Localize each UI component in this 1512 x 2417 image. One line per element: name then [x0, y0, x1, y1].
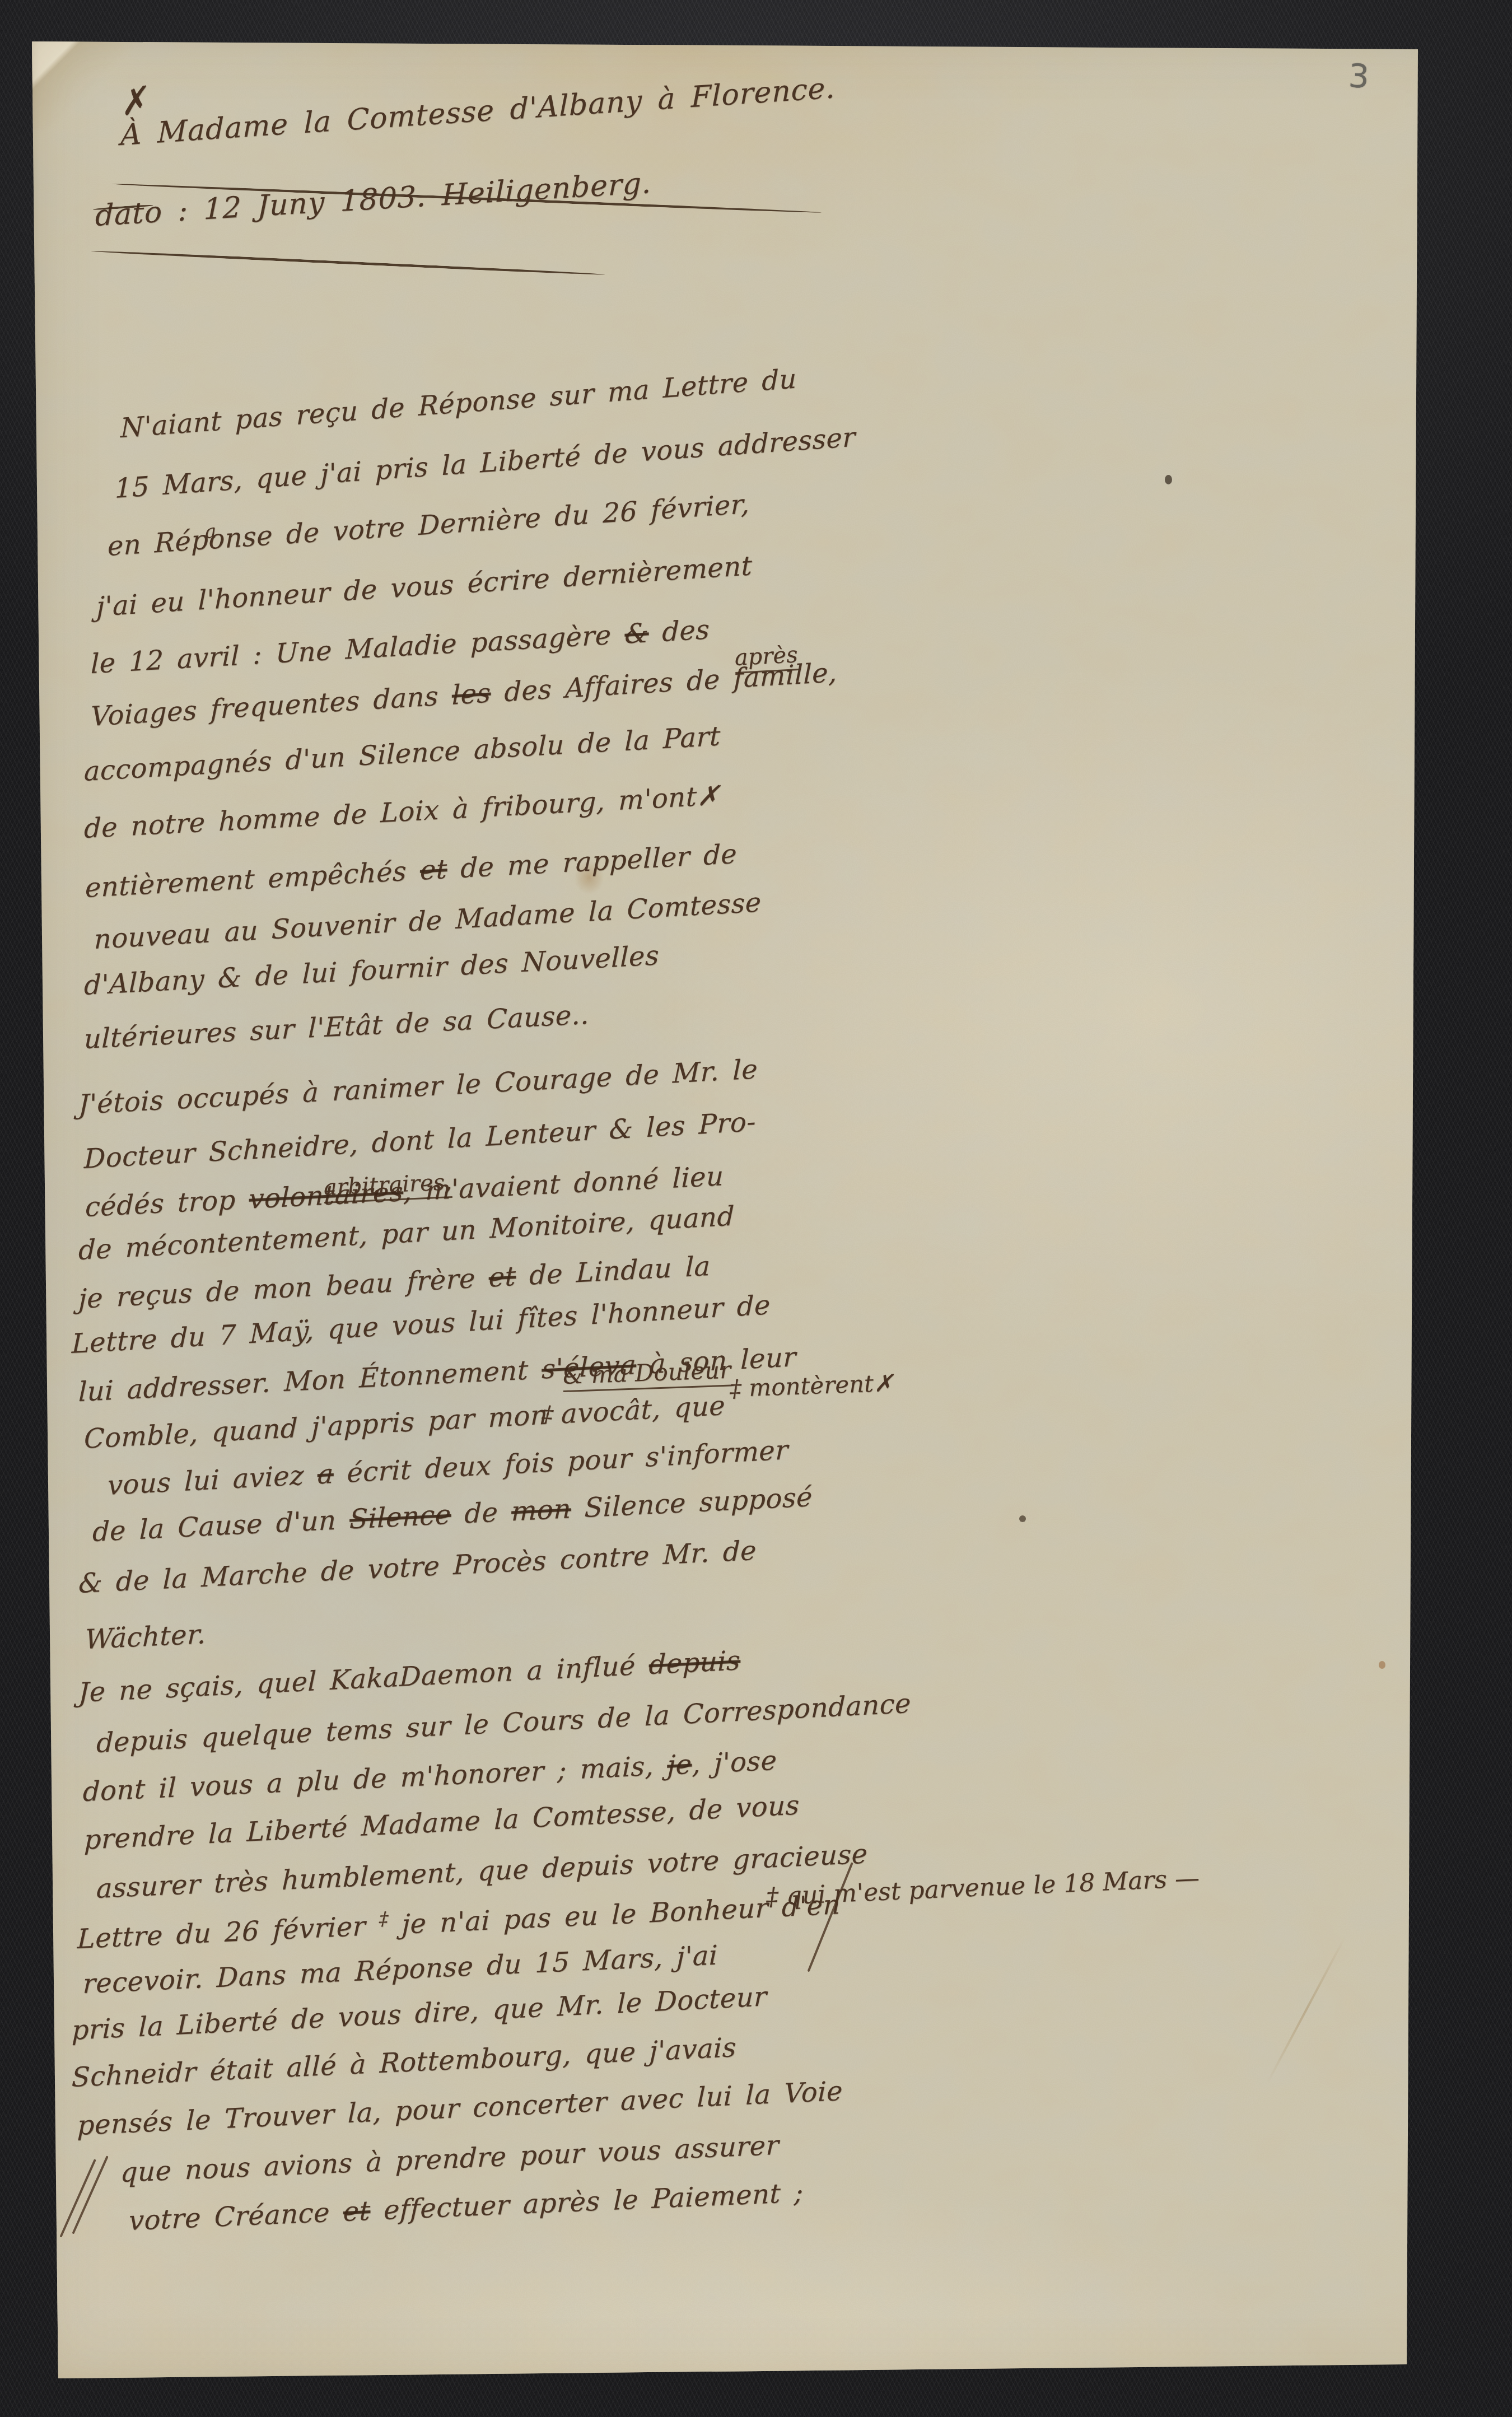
line-text: des	[648, 614, 710, 648]
struck-text: Silence	[349, 1499, 452, 1536]
dagger-reference-mark: ‡	[542, 1401, 554, 1427]
interlinear-insertion-arbitraires: arbitraires,	[323, 1169, 452, 1203]
struck-text: je	[667, 1749, 693, 1781]
line-text: Wächter.	[85, 1618, 206, 1655]
struck-text: et	[343, 2195, 371, 2228]
struck-text: a	[317, 1458, 334, 1491]
manuscript-photo: 3 ✗ À Madame la Comtesse d'Albany à Flor…	[0, 0, 1512, 2417]
struck-text: et	[488, 1261, 516, 1294]
manuscript-line: Wächter.	[85, 1618, 206, 1655]
struck-text: et	[419, 853, 447, 886]
interlinear-insertion-a: a	[204, 520, 217, 543]
interlinear-insertion-apres: après	[734, 642, 799, 674]
interlinear-insertion-ma-douleur: & ma Douleur	[562, 1356, 731, 1392]
struck-text: depuis	[648, 1645, 741, 1681]
struck-text: les	[452, 677, 491, 711]
struck-text: mon	[511, 1493, 572, 1527]
line-text: ‡	[379, 1908, 389, 1930]
line-text: , j'ose	[692, 1745, 777, 1780]
folio-page-number: 3	[1347, 57, 1370, 96]
struck-text: &	[624, 617, 649, 650]
line-text: de	[451, 1496, 512, 1530]
paper-sheet: 3 ✗ À Madame la Comtesse d'Albany à Flor…	[0, 0, 1512, 2417]
margin-note-monterent: ‡ montèrent✗	[729, 1369, 894, 1402]
